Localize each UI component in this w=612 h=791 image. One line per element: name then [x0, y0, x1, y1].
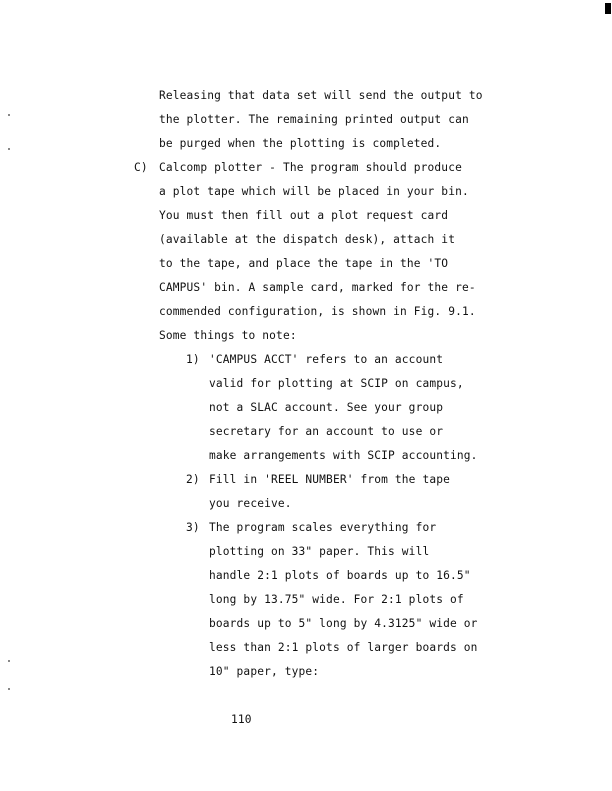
- note-3-line: less than 2:1 plots of larger boards on: [209, 641, 478, 654]
- note-2-line: Fill in 'REEL NUMBER' from the tape: [209, 473, 450, 486]
- note-3-line: The program scales everything for: [209, 521, 436, 534]
- note-3-line: plotting on 33" paper. This will: [209, 545, 429, 558]
- page-number: 110: [231, 713, 252, 726]
- item-c-line: a plot tape which will be placed in your…: [159, 185, 469, 198]
- scan-speck: [8, 688, 10, 690]
- note-1-line: secretary for an account to use or: [209, 425, 443, 438]
- note-3-line: boards up to 5" long by 4.3125" wide or: [209, 617, 478, 630]
- scan-registration-mark: [605, 3, 611, 14]
- intro-line: be purged when the plotting is completed…: [159, 137, 441, 150]
- item-c-line: CAMPUS' bin. A sample card, marked for t…: [159, 281, 476, 294]
- item-c-line: Calcomp plotter - The program should pro…: [159, 161, 462, 174]
- note-1-line: make arrangements with SCIP accounting.: [209, 449, 478, 462]
- note-2-marker: 2): [186, 473, 200, 486]
- scan-speck: [8, 114, 10, 116]
- item-c-line: Some things to note:: [159, 329, 297, 342]
- intro-line: the plotter. The remaining printed outpu…: [159, 113, 469, 126]
- note-1-marker: 1): [186, 353, 200, 366]
- note-3-line: handle 2:1 plots of boards up to 16.5": [209, 569, 471, 582]
- note-2-line: you receive.: [209, 497, 292, 510]
- note-3-marker: 3): [186, 521, 200, 534]
- item-c-line: (available at the dispatch desk), attach…: [159, 233, 455, 246]
- item-c-line: to the tape, and place the tape in the '…: [159, 257, 448, 270]
- item-c-line: You must then fill out a plot request ca…: [159, 209, 448, 222]
- item-c-marker: C): [134, 161, 148, 174]
- intro-line: Releasing that data set will send the ou…: [159, 89, 483, 102]
- scan-speck: [8, 148, 10, 150]
- note-1-line: 'CAMPUS ACCT' refers to an account: [209, 353, 443, 366]
- scan-speck: [8, 660, 10, 662]
- note-3-line: long by 13.75" wide. For 2:1 plots of: [209, 593, 464, 606]
- item-c-line: commended configuration, is shown in Fig…: [159, 305, 476, 318]
- note-3-line: 10" paper, type:: [209, 665, 319, 678]
- note-1-line: valid for plotting at SCIP on campus,: [209, 377, 464, 390]
- note-1-line: not a SLAC account. See your group: [209, 401, 443, 414]
